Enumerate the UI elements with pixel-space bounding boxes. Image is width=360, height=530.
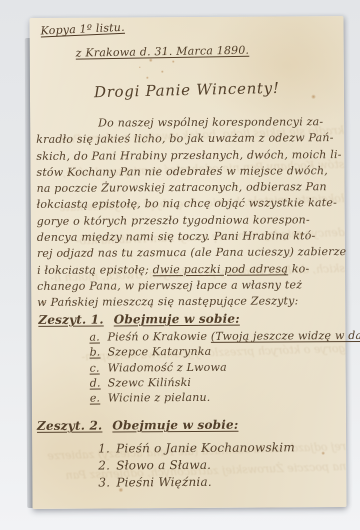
dateline: z Krakowa d. 31. Marca 1890. <box>76 44 250 60</box>
foxing-spot <box>139 66 141 68</box>
underlined-phrase: dwie paczki pod adresą <box>153 262 288 276</box>
item-marker: e. <box>90 391 103 406</box>
list-item: c.Wiadomość z Lwowa <box>90 358 360 375</box>
body-line: stów Kochany Pan nie odebrałeś w miejsce… <box>36 163 337 181</box>
foxing-spot <box>311 94 316 99</box>
item-text: Pieśni Więźnia. <box>116 475 212 490</box>
item-marker: d. <box>90 375 103 390</box>
item-marker: c. <box>90 360 103 375</box>
list-item: b.Szepce Katarynka <box>90 343 360 360</box>
body-line: rej odjazd nas tu zasmuca (ale Pana ucie… <box>37 244 338 262</box>
foxing-spot <box>149 58 153 62</box>
item-text: Pieśń o Krakowie (Twoją jeszcze widzę w … <box>107 329 360 344</box>
body-text: i łokciastą epistołę; <box>37 263 153 277</box>
item-text: Słowo a Sława. <box>116 458 211 473</box>
item-marker: 3. <box>98 474 111 491</box>
list-item: 3.Pieśni Więźnia. <box>98 473 295 491</box>
list-item: d.Szewc Kiliński <box>90 374 360 391</box>
zeszyt1-heading: Zeszyt. 1.Obejmuje w sobie: <box>38 312 240 327</box>
body-line: gorye o których przeszło tygodniowa kore… <box>37 212 338 230</box>
list-item: 1.Pieśń o Janie Kochanowskim <box>98 439 295 457</box>
item-text-prefix: Pieśń o Krakowie <box>107 330 211 344</box>
list-item: 2.Słowo a Sława. <box>98 456 295 474</box>
item-text: Szepce Katarynka <box>108 345 212 359</box>
zeszyt2-list: 1.Pieśń o Janie Kochanowskim 2.Słowo a S… <box>98 439 295 491</box>
item-text: Szewc Kiliński <box>108 376 191 390</box>
foxing-spot <box>172 60 175 63</box>
body-line: łokciastą epistołę, bo nią chcę objąć ws… <box>37 196 338 214</box>
body-text: ko- <box>288 262 309 275</box>
item-marker: a. <box>89 330 102 345</box>
zeszyt2-heading-text: Obejmuje w sobie: <box>112 418 238 433</box>
underlined-phrase: (Twoją jeszcze widzę w dali) <box>211 329 360 343</box>
letter-paper: kradło się jakieś licho, bo jak uważam z… <box>30 16 347 509</box>
body-line: i łokciastą epistołę; dwie paczki pod ad… <box>37 261 338 279</box>
zeszyt1-heading-text: Obejmuje w sobie: <box>114 312 240 327</box>
zeszyt1-label: Zeszyt. 1. <box>38 313 103 327</box>
foxing-spot <box>146 76 149 79</box>
item-text: Pieśń o Janie Kochanowskim <box>116 440 295 455</box>
body-line: kradło się jakieś licho, bo jak uważam z… <box>36 130 337 148</box>
body-line: dencya między nami się toczy. Pani Hrabi… <box>37 228 338 246</box>
item-text: Wiadomość z Lwowa <box>108 360 227 374</box>
body-line: chanego Pana, w pierwszej łapce a własny… <box>37 277 338 295</box>
zeszyt2-label: Zeszyt. 2. <box>37 419 102 433</box>
body-line: w Pańskiej mieszczą się następujące Zesz… <box>37 293 338 311</box>
scan-background: kradło się jakieś licho, bo jak uważam z… <box>0 0 360 530</box>
body-line: skich, do Pani Hrabiny przesłanych, dwóc… <box>36 147 337 165</box>
zeszyt1-list: a.Pieśń o Krakowie (Twoją jeszcze widzę … <box>89 328 360 406</box>
foxing-spot <box>161 70 164 73</box>
item-text: Wicinie z pielanu. <box>108 391 211 405</box>
item-marker: b. <box>90 345 103 360</box>
body-line: Do naszej wspólnej korespondencyi za- <box>36 114 337 132</box>
item-marker: 2. <box>98 457 111 474</box>
salutation: Drogi Panie Wincenty! <box>94 79 280 101</box>
letter-body: Do naszej wspólnej korespondencyi za- kr… <box>36 114 338 311</box>
zeszyt2-heading: Zeszyt. 2.Obejmuje w sobie: <box>37 418 239 433</box>
list-item: e.Wicinie z pielanu. <box>90 389 360 406</box>
list-item: a.Pieśń o Krakowie (Twoją jeszcze widzę … <box>89 328 360 345</box>
body-line: na poczcie Żurowskiej zatraconych, odbie… <box>37 179 338 197</box>
item-marker: 1. <box>98 440 111 457</box>
archival-note: Kopya 1º listu. <box>40 21 125 38</box>
foxing-spot <box>321 451 325 455</box>
